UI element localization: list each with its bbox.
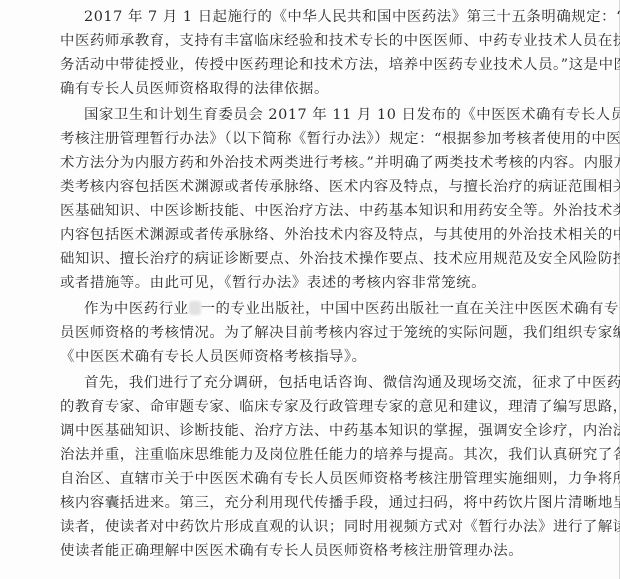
text-line: 内容包括医术渊源或者传承脉络、外治技术内容及特点，与其使用的外治技术相关的中医基: [60, 224, 568, 246]
text-line: 础知识、擅长治疗的病证诊断要点、外治技术操作要点、技术应用规范及安全风险防控方法: [60, 248, 568, 270]
text-line: 确有专长人员医师资格取得的法律依据。: [60, 78, 568, 100]
text-line: 术方法分为内服方药和外治技术两类进行考核。”并明确了两类技术考核的内容。内服方药: [60, 152, 568, 174]
text-line: 读者，使读者对中药饮片形成直观的认识；同时用视频方式对《暂行办法》进行了解读，以: [60, 516, 568, 538]
text-line: 使读者能正确理解中医医术确有专长人员医师资格考核注册管理办法。: [60, 540, 568, 562]
text-line: 国家卫生和计划生育委员会 2017 年 11 月 10 日发布的《中医医术确有专…: [84, 104, 568, 126]
text-line: 的教育专家、命审题专家、临床专家及行政管理专家的意见和建议，理清了编写思路，即强: [60, 396, 568, 418]
text-line: 务活动中带徒授业，传授中医药理论和技术方法，培养中医药专业技术人员。”这是中医医…: [60, 54, 568, 76]
text-line: 或者措施等。由此可见，《暂行办法》表述的考核内容非常笼统。: [60, 272, 568, 294]
text-line: 2017 年 7 月 1 日起施行的《中华人民共和国中医药法》第三十五条明确规定…: [84, 6, 568, 28]
text-line: 《中医医术确有专长人员医师资格考核指导》。: [60, 346, 568, 368]
text-segment: 一的专业出版社，中国中医药出版社一直在关注中医医术确有专长人: [201, 301, 620, 317]
text-line: 中医药师承教育，支持有丰富临床经验和技术专长的中医医师、中药专业技术人员在执业、…: [60, 30, 568, 52]
text-line: 调中医基础知识、诊断技能、治疗方法、中药基本知识的掌握，强调安全诊疗，内治法与外: [60, 420, 568, 442]
text-line: 核内容囊括进来。第三，充分利用现代传播手段，通过扫码，将中药饮片图片清晰地呈现给: [60, 492, 568, 514]
text-line: 作为中医药行业一的专业出版社，中国中医药出版社一直在关注中医医术确有专长人: [84, 298, 568, 320]
text-line: 治法并重，注重临床思维能力及岗位胜任能力的培养与提高。其次，我们认真研究了各省、: [60, 444, 568, 466]
text-line: 员医师资格的考核情况。为了解决目前考核内容过于笼统的实际问题，我们组织专家编写了: [60, 322, 568, 344]
text-line: 类考核内容包括医术渊源或者传承脉络、医术内容及特点，与擅长治疗的病证范围相关的中: [60, 176, 568, 198]
text-line: 考核注册管理暂行办法》（以下简称《暂行办法》）规定：“根据参加考核者使用的中医药…: [60, 128, 568, 150]
text-line: 自治区、直辖市关于中医医术确有专长人员医师资格考核注册管理实施细则，力争将所有考: [60, 468, 568, 490]
smudged-character: [189, 301, 201, 315]
text-line: 医基础知识、中医诊断技能、中医治疗方法、中药基本知识和用药安全等。外治技术类考核: [60, 200, 568, 222]
text-line: 首先，我们进行了充分调研，包括电话咨询、微信沟通及现场交流，征求了中医药方面: [84, 372, 568, 394]
text-segment: 作为中医药行业: [84, 301, 189, 317]
